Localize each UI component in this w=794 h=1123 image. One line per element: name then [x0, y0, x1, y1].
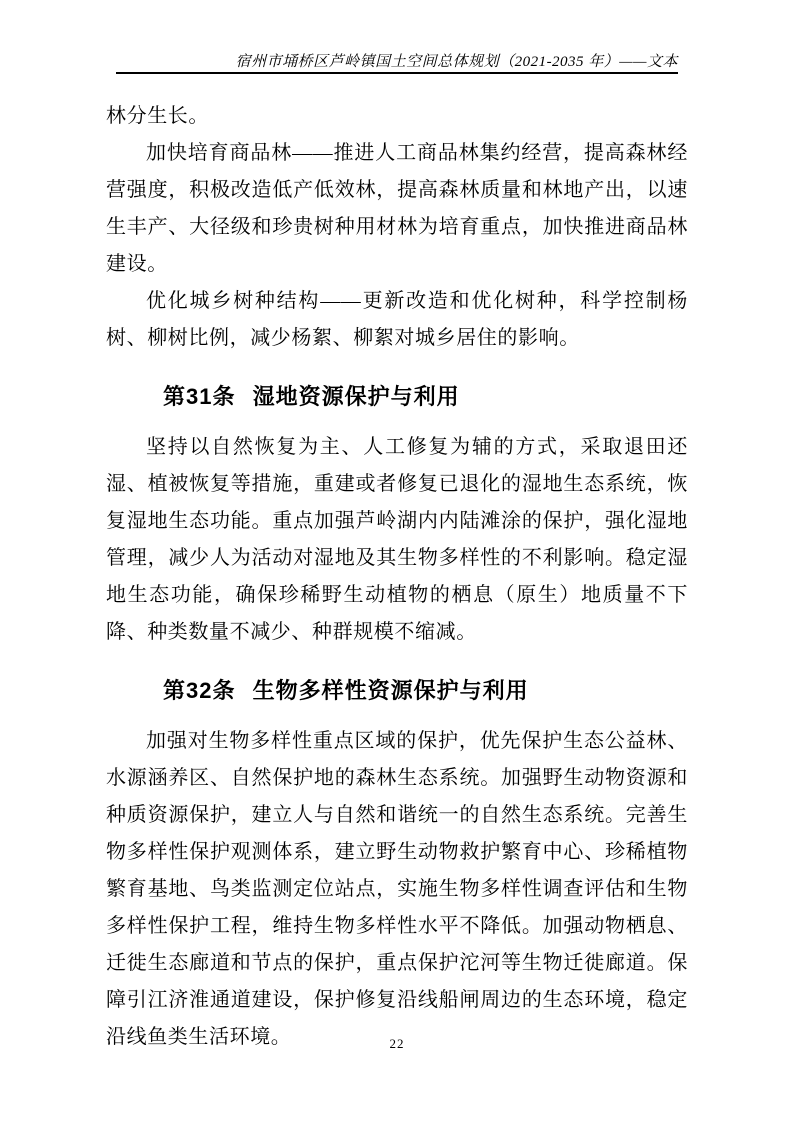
page-number: 22 [390, 1036, 405, 1051]
article-32-number: 第32条 [163, 678, 235, 703]
page-footer: 22 [0, 1036, 794, 1052]
article-31-heading: 第31条 湿地资源保护与利用 [106, 383, 688, 411]
article-32-paragraph: 加强对生物多样性重点区域的保护，优先保护生态公益林、水源涵养区、自然保护地的森林… [106, 723, 688, 1056]
paragraph-commercial-forest: 加快培育商品林——推进人工商品林集约经营，提高森林经营强度，积极改造低产低效林，… [106, 135, 688, 283]
article-32-heading: 第32条 生物多样性资源保护与利用 [106, 677, 688, 705]
article-31-number: 第31条 [163, 384, 235, 409]
paragraph-tree-species: 优化城乡树种结构——更新改造和优化树种，科学控制杨树、柳树比例，减少杨絮、柳絮对… [106, 283, 688, 357]
article-31-paragraph: 坚持以自然恢复为主、人工修复为辅的方式，采取退田还湿、植被恢复等措施，重建或者修… [106, 429, 688, 651]
document-body: 林分生长。 加快培育商品林——推进人工商品林集约经营，提高森林经营强度，积极改造… [106, 0, 688, 1056]
document-page: 宿州市埇桥区芦岭镇国土空间总体规划（2021-2035 年）——文本 林分生长。… [0, 0, 794, 1123]
paragraph-continuation: 林分生长。 [106, 98, 688, 135]
article-31-title: 湿地资源保护与利用 [253, 384, 460, 409]
article-32-title: 生物多样性资源保护与利用 [253, 678, 529, 703]
